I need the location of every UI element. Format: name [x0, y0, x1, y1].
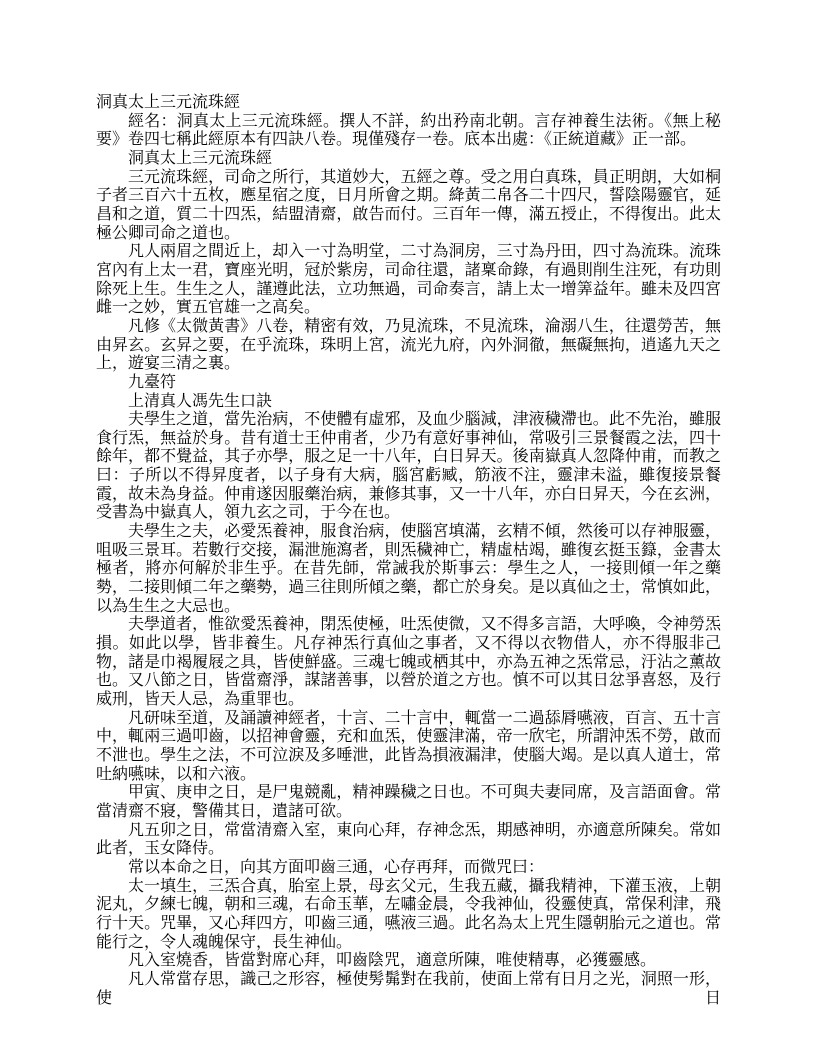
paragraph: 凡人常當存思，識己之形容，極使髣髴對在我前，使面上常有日月之光，洞照一形，使日	[96, 970, 721, 1007]
paragraph: 太一填生，三炁合真，胎室上景，母玄父元，生我五藏，攝我精神，下灌玉液，上朝泥丸，…	[96, 877, 721, 952]
paragraph: 凡修《太微黃書》八卷，精密有效，乃見流珠，不見流珠，淪溺八生，往還勞苦，無由昇玄…	[96, 317, 721, 373]
paragraph: 夫學生之道，當先治病，不使體有虛邪，及血少腦減，津液穢滯也。此不先治，雖服食行炁…	[96, 410, 721, 522]
document-page: 洞真太上三元流珠經經名：洞真太上三元流珠經。撰人不詳，約出矜南北朝。言存神養生法…	[0, 0, 816, 1056]
paragraph: 九臺符	[96, 373, 721, 392]
paragraph: 夫學生之夫，必愛炁養神，服食治病，使腦宮填滿，玄精不傾，然後可以存神服靈，咀吸三…	[96, 522, 721, 615]
paragraph: 三元流珠經，司命之所行，其道妙大，五經之尊。受之用白真珠，員正明朗，大如桐子者三…	[96, 168, 721, 243]
paragraph: 凡入室燒香，皆當對席心拜，叩齒陰咒，適意所陳，唯使精專，必獲靈感。	[96, 951, 721, 970]
paragraph: 凡研味至道，及誦讀神經者，十言、二十言中，輒當一二過舔脣嚥液，百言、五十言中，輒…	[96, 709, 721, 784]
document-body: 洞真太上三元流珠經經名：洞真太上三元流珠經。撰人不詳，約出矜南北朝。言存神養生法…	[96, 93, 721, 1007]
paragraph: 凡人兩眉之間近上，却入一寸為明堂，二寸為洞房，三寸為丹田，四寸為流珠。流珠宮內有…	[96, 242, 721, 317]
paragraph: 甲寅、庚申之日，是尸鬼競亂，精神躁穢之日也。不可與夫妻同席，及言語面會。常當清齋…	[96, 783, 721, 820]
paragraph: 常以本命之日，向其方面叩齒三通，心存再拜，而微咒曰：	[96, 858, 721, 877]
paragraph: 洞真太上三元流珠經	[96, 149, 721, 168]
paragraph: 夫學道者，惟欲愛炁養神，閉炁使極，吐炁使微，又不得多言語，大呼喚，令神勞炁損。如…	[96, 615, 721, 708]
paragraph: 凡五卯之日，常當清齋入室，東向心拜，存神念炁，期感神明，亦適意所陳矣。常如此者，…	[96, 821, 721, 858]
document-title: 洞真太上三元流珠經	[96, 93, 721, 112]
paragraph: 上清真人馮先生口訣	[96, 392, 721, 411]
paragraph: 經名：洞真太上三元流珠經。撰人不詳，約出矜南北朝。言存神養生法術。《無上秘要》卷…	[96, 112, 721, 149]
